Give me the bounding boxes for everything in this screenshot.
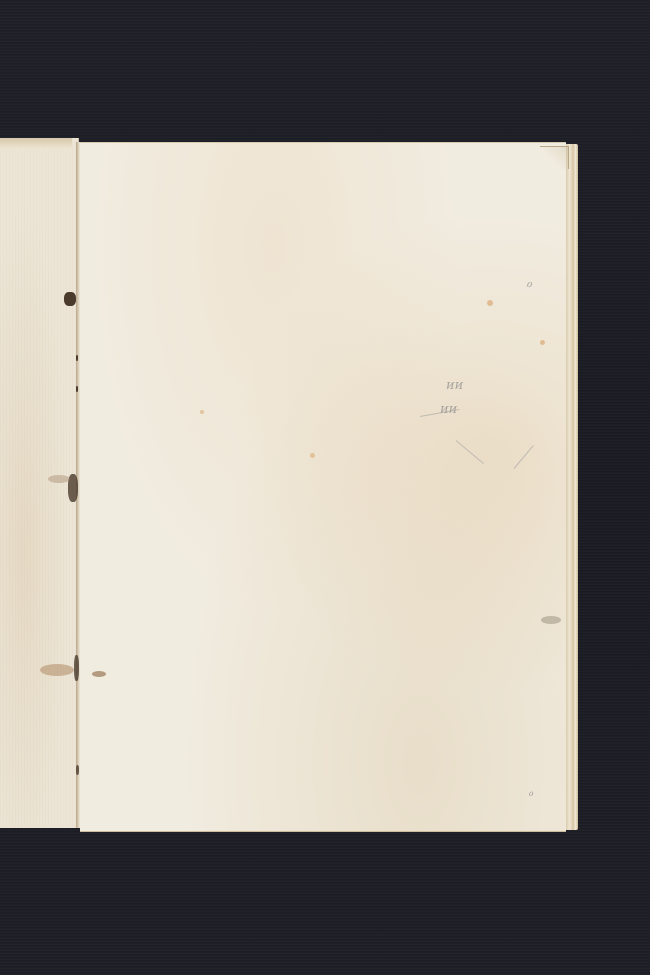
open-book <box>0 134 580 832</box>
left-page-top-edge <box>0 138 72 148</box>
binding-hole <box>76 355 78 361</box>
binding-hole <box>74 655 79 681</box>
pencil-mark: ℴ <box>528 786 533 799</box>
corner-fold <box>540 146 569 169</box>
stain <box>541 616 561 624</box>
foxing-spot <box>540 340 545 345</box>
right-page <box>80 142 566 832</box>
binding-hole <box>76 765 79 775</box>
foxing-spot <box>200 410 204 414</box>
pencil-mark: ᴎᴎ <box>446 378 463 393</box>
page-edges <box>566 144 578 830</box>
stain <box>92 671 106 677</box>
stain <box>40 664 74 676</box>
foxing-spot <box>487 300 493 306</box>
binding-hole <box>64 292 76 306</box>
pencil-mark: ℴ <box>526 276 532 291</box>
stain <box>48 475 70 483</box>
binding-hole <box>76 386 78 392</box>
foxing-spot <box>310 453 315 458</box>
